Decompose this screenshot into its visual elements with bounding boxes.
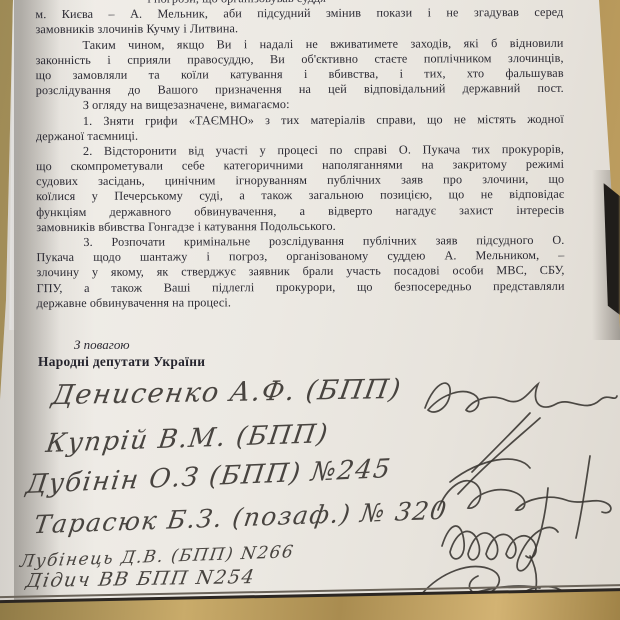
typed-line: коїлися у Печерському суді, а також зага… bbox=[36, 187, 564, 204]
signature-row: Денисенко А.Ф. (БПП) bbox=[50, 374, 404, 411]
typed-line: розслідування до Вашого призначення на ц… bbox=[36, 81, 564, 98]
typed-line: ГПУ, а також Ваші підлеглі прокурори, що… bbox=[37, 278, 565, 295]
typed-line: злочину у якому, як стверджує заявник бр… bbox=[36, 263, 564, 280]
typed-line: м. Києва – А. Мельник, аби підсудний змі… bbox=[35, 5, 563, 22]
signers-title: Народні депутати України bbox=[38, 354, 205, 370]
signature-row: Дідич ВВ БПП N254 bbox=[24, 566, 257, 592]
typed-line: державне обвинувачення на процесі. bbox=[37, 294, 565, 311]
signature-flourishes bbox=[380, 360, 620, 615]
typed-line: 1. Зняти грифи «ТАЄМНО» з тих матеріалів… bbox=[36, 111, 564, 128]
valediction: З повагою bbox=[74, 337, 129, 353]
typed-text-block: і погрози, що організовував суддя м. Киє… bbox=[35, 0, 564, 311]
paper: і погрози, що організовував суддя м. Киє… bbox=[0, 0, 620, 620]
document-photo: і погрози, що організовував суддя м. Киє… bbox=[0, 0, 620, 620]
typed-line: функціям державного обвинувачення, а від… bbox=[36, 202, 564, 219]
